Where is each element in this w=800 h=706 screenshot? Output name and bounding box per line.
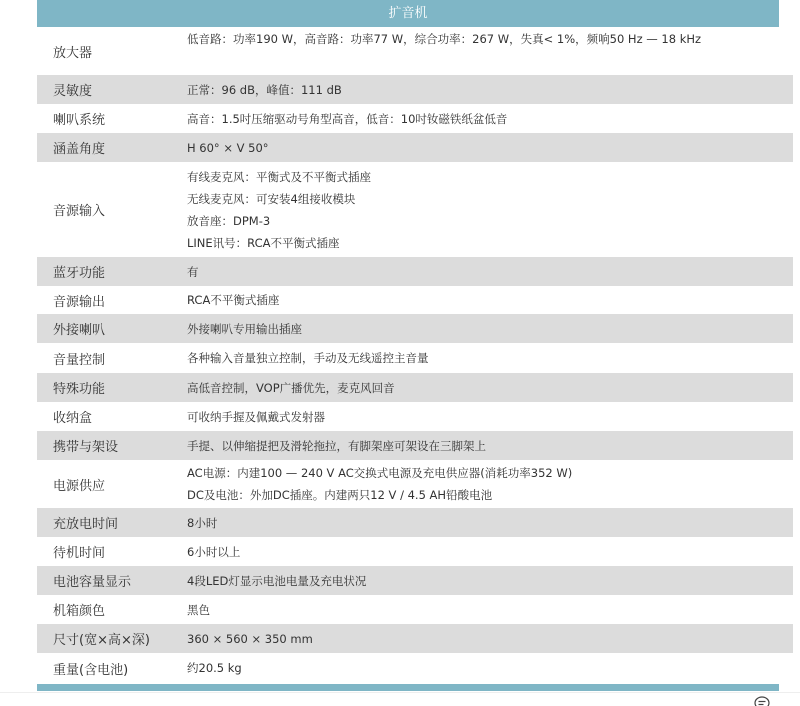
- row-value: 高低音控制，VOP广播优先，麦克风回音: [187, 380, 793, 396]
- value-line: 高音：1.5吋压缩驱动号角型高音，低音：10吋钕磁铁纸盆低音: [187, 111, 793, 127]
- row-value: 低音路：功率190 W，高音路：功率77 W，综合功率：267 W，失真< 1%…: [187, 27, 793, 75]
- row-label: 收纳盒: [37, 407, 187, 426]
- table-row: 电源供应AC电源：内建100 — 240 V AC交换式电源及充电供应器(消耗功…: [37, 460, 793, 508]
- value-line: 6小时以上: [187, 544, 793, 560]
- table-row: 外接喇叭外接喇叭专用输出插座: [37, 314, 793, 343]
- row-value: 有: [187, 264, 793, 280]
- value-line: RCA不平衡式插座: [187, 292, 793, 308]
- row-label: 尺寸(宽×高×深): [37, 629, 187, 648]
- value-line: DC及电池：外加DC插座。内建两只12 V / 4.5 AH铅酸电池: [187, 484, 793, 506]
- row-value: 4段LED灯显示电池电量及充电状况: [187, 573, 793, 589]
- row-label: 机箱颜色: [37, 600, 187, 619]
- table-body: 放大器低音路：功率190 W，高音路：功率77 W，综合功率：267 W，失真<…: [37, 27, 793, 683]
- row-value: H 60° × V 50°: [187, 140, 793, 156]
- chat-bubble-icon[interactable]: [754, 695, 770, 706]
- table-row: 特殊功能高低音控制，VOP广播优先，麦克风回音: [37, 373, 793, 402]
- row-label: 充放电时间: [37, 513, 187, 532]
- table-row: 尺寸(宽×高×深)360 × 560 × 350 mm: [37, 624, 793, 653]
- row-label: 音源输出: [37, 291, 187, 310]
- row-label: 待机时间: [37, 542, 187, 561]
- value-line: 手提、以伸缩提把及滑轮拖拉，有脚架座可架设在三脚架上: [187, 438, 793, 454]
- row-value: 有线麦克风：平衡式及不平衡式插座无线麦克风：可安装4组接收模块放音座：DPM-3…: [187, 166, 793, 254]
- table-footer-bar: [37, 684, 779, 691]
- table-row: 涵盖角度H 60° × V 50°: [37, 133, 793, 162]
- value-line: 无线麦克风：可安装4组接收模块: [187, 188, 793, 210]
- value-line: 有: [187, 264, 793, 280]
- row-label: 音源输入: [37, 200, 187, 219]
- spec-table: 扩音机 放大器低音路：功率190 W，高音路：功率77 W，综合功率：267 W…: [37, 0, 793, 691]
- row-label: 蓝牙功能: [37, 262, 187, 281]
- table-row: 蓝牙功能有: [37, 257, 793, 286]
- row-value: 360 × 560 × 350 mm: [187, 631, 793, 647]
- row-label: 灵敏度: [37, 80, 187, 99]
- row-label: 电源供应: [37, 475, 187, 494]
- table-header: 扩音机: [37, 0, 779, 27]
- row-value: 8小时: [187, 515, 793, 531]
- value-line: 低音路：功率190 W，高音路：功率77 W，综合功率：267 W，失真< 1%…: [187, 31, 793, 47]
- row-label: 重量(含电池): [37, 659, 187, 678]
- row-label: 涵盖角度: [37, 138, 187, 157]
- table-row: 音源输出RCA不平衡式插座: [37, 286, 793, 314]
- row-label: 电池容量显示: [37, 571, 187, 590]
- row-label: 喇叭系统: [37, 109, 187, 128]
- value-line: 有线麦克风：平衡式及不平衡式插座: [187, 166, 793, 188]
- row-label: 外接喇叭: [37, 319, 187, 338]
- value-line: AC电源：内建100 — 240 V AC交换式电源及充电供应器(消耗功率352…: [187, 462, 793, 484]
- value-line: 放音座：DPM-3: [187, 210, 793, 232]
- value-line: 各种输入音量独立控制，手动及无线遥控主音量: [187, 350, 793, 366]
- value-line: 约20.5 kg: [187, 660, 793, 676]
- row-value: 6小时以上: [187, 544, 793, 560]
- row-label: 放大器: [37, 27, 187, 75]
- value-line: 正常：96 dB，峰值：111 dB: [187, 82, 793, 98]
- table-row: 放大器低音路：功率190 W，高音路：功率77 W，综合功率：267 W，失真<…: [37, 27, 793, 75]
- table-title: 扩音机: [388, 6, 427, 21]
- row-label: 音量控制: [37, 349, 187, 368]
- value-line: LINE讯号：RCA不平衡式插座: [187, 232, 793, 254]
- row-value: 可收纳手握及佩戴式发射器: [187, 409, 793, 425]
- row-value: 高音：1.5吋压缩驱动号角型高音，低音：10吋钕磁铁纸盆低音: [187, 111, 793, 127]
- table-row: 机箱颜色黑色: [37, 595, 793, 624]
- row-label: 携带与架设: [37, 436, 187, 455]
- row-label: 特殊功能: [37, 378, 187, 397]
- value-line: 4段LED灯显示电池电量及充电状况: [187, 573, 793, 589]
- row-value: 正常：96 dB，峰值：111 dB: [187, 82, 793, 98]
- row-value: AC电源：内建100 — 240 V AC交换式电源及充电供应器(消耗功率352…: [187, 462, 793, 506]
- table-row: 喇叭系统高音：1.5吋压缩驱动号角型高音，低音：10吋钕磁铁纸盆低音: [37, 104, 793, 133]
- table-row: 重量(含电池)约20.5 kg: [37, 653, 793, 683]
- table-row: 音量控制各种输入音量独立控制，手动及无线遥控主音量: [37, 343, 793, 373]
- row-value: 手提、以伸缩提把及滑轮拖拉，有脚架座可架设在三脚架上: [187, 438, 793, 454]
- divider: [0, 692, 800, 693]
- row-value: RCA不平衡式插座: [187, 292, 793, 308]
- row-value: 约20.5 kg: [187, 660, 793, 676]
- value-line: 可收纳手握及佩戴式发射器: [187, 409, 793, 425]
- table-row: 充放电时间8小时: [37, 508, 793, 537]
- row-value: 黑色: [187, 602, 793, 618]
- table-row: 携带与架设手提、以伸缩提把及滑轮拖拉，有脚架座可架设在三脚架上: [37, 431, 793, 460]
- value-line: 高低音控制，VOP广播优先，麦克风回音: [187, 380, 793, 396]
- table-row: 待机时间6小时以上: [37, 537, 793, 566]
- value-line: 外接喇叭专用输出插座: [187, 321, 793, 337]
- table-row: 收纳盒可收纳手握及佩戴式发射器: [37, 402, 793, 431]
- table-row: 音源输入有线麦克风：平衡式及不平衡式插座无线麦克风：可安装4组接收模块放音座：D…: [37, 162, 793, 257]
- value-line: H 60° × V 50°: [187, 140, 793, 156]
- row-value: 外接喇叭专用输出插座: [187, 321, 793, 337]
- table-row: 灵敏度正常：96 dB，峰值：111 dB: [37, 75, 793, 104]
- value-line: 8小时: [187, 515, 793, 531]
- table-row: 电池容量显示4段LED灯显示电池电量及充电状况: [37, 566, 793, 595]
- row-value: 各种输入音量独立控制，手动及无线遥控主音量: [187, 350, 793, 366]
- value-line: 360 × 560 × 350 mm: [187, 631, 793, 647]
- value-line: 黑色: [187, 602, 793, 618]
